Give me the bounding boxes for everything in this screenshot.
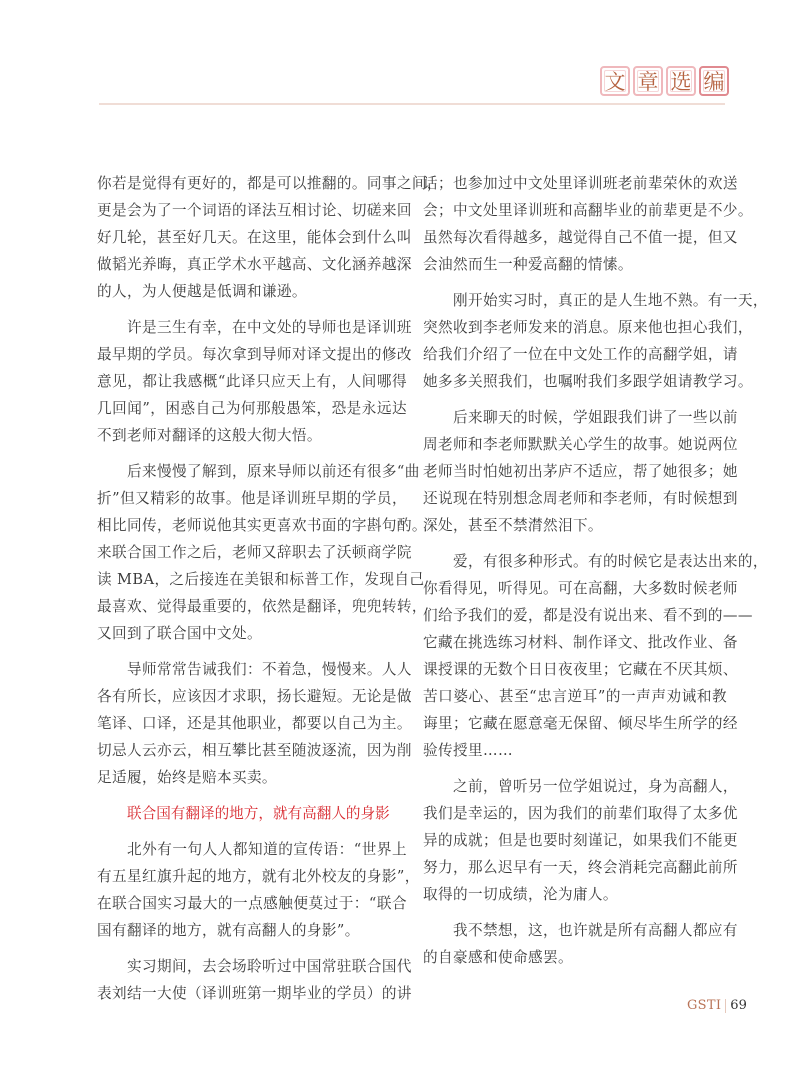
text-line: 刚开始实习时，真正的是人生地不熟。有一天， xyxy=(423,287,727,314)
header-divider xyxy=(99,103,725,105)
paragraph: 导师常常告诫我们：不着急，慢慢来。人人各有所长，应该因才求职，扬长避短。无论是做… xyxy=(97,656,407,791)
text-line: 折”但又精彩的故事。他是译训班早期的学员， xyxy=(97,485,407,512)
text-line: 切忌人云亦云，相互攀比甚至随波逐流，因为削 xyxy=(97,737,407,764)
text-line: 来联合国工作之后，老师又辞职去了沃顿商学院 xyxy=(97,539,407,566)
text-line: 课授课的无数个日日夜夜里；它藏在不厌其烦、 xyxy=(423,656,727,683)
text-line: 深处，甚至不禁潸然泪下。 xyxy=(423,512,727,539)
text-line: 实习期间，去会场聆听过中国常驻联合国代 xyxy=(97,953,407,980)
paragraph: 我不禁想，这，也许就是所有高翻人都应有的自豪感和使命感罢。 xyxy=(423,917,727,971)
right-column: 话；也参加过中文处里译训班老前辈荣休的欢送会；中文处里译训班和高翻毕业的前辈更是… xyxy=(423,170,727,980)
paragraph: 刚开始实习时，真正的是人生地不熟。有一天，突然收到李老师发来的消息。原来他也担心… xyxy=(423,287,727,395)
text-line: 表刘结一大使（译训班第一期毕业的学员）的讲 xyxy=(97,980,407,1007)
section-subheading: 联合国有翻译的地方，就有高翻人的身影 xyxy=(97,800,407,827)
paragraph: 之前，曾听另一位学姐说过，身为高翻人，我们是幸运的，因为我们的前辈们取得了太多优… xyxy=(423,773,727,908)
text-line: 笔译、口译，还是其他职业，都要以自己为主。 xyxy=(97,710,407,737)
text-line: 许是三生有幸，在中文处的导师也是译训班 xyxy=(97,314,407,341)
page-number: 69 xyxy=(730,998,747,1013)
text-line: 不到老师对翻译的这般大彻大悟。 xyxy=(97,422,407,449)
text-line: 你若是觉得有更好的，都是可以推翻的。同事之间， xyxy=(97,170,407,197)
text-line: 它藏在挑选练习材料、制作译文、批改作业、备 xyxy=(423,629,727,656)
text-line: 我不禁想，这，也许就是所有高翻人都应有 xyxy=(423,917,727,944)
page-footer: GSTI 69 xyxy=(687,998,747,1013)
text-line: 老师当时怕她初出茅庐不适应，帮了她很多；她 xyxy=(423,458,727,485)
text-line: 虽然每次看得越多，越觉得自己不值一提，但又 xyxy=(423,224,727,251)
text-line: 后来聊天的时候，学姐跟我们讲了一些以前 xyxy=(423,404,727,431)
text-line: 几回闻”，困惑自己为何那般愚笨，恐是永远达 xyxy=(97,395,407,422)
section-header: 文 章 选 编 xyxy=(600,66,729,96)
left-column: 你若是觉得有更好的，都是可以推翻的。同事之间，更是会为了一个词语的译法互相讨论、… xyxy=(97,170,407,1016)
text-line: 有五星红旗升起的地方，就有北外校友的身影”， xyxy=(97,863,407,890)
text-line: 还说现在特别想念周老师和李老师，有时候想到 xyxy=(423,485,727,512)
text-line: 更是会为了一个词语的译法互相讨论、切磋来回 xyxy=(97,197,407,224)
paragraph: 话；也参加过中文处里译训班老前辈荣休的欢送会；中文处里译训班和高翻毕业的前辈更是… xyxy=(423,170,727,278)
text-line: 好几轮，甚至好几天。在这里，能体会到什么叫 xyxy=(97,224,407,251)
section-char: 文 xyxy=(600,66,630,96)
paragraph: 北外有一句人人都知道的宣传语：“世界上有五星红旗升起的地方，就有北外校友的身影”… xyxy=(97,836,407,944)
text-line: 们给予我们的爱，都是没有说出来、看不到的—— xyxy=(423,602,727,629)
text-line: 会油然而生一种爱高翻的情愫。 xyxy=(423,251,727,278)
text-line: 足适履，始终是赔本买卖。 xyxy=(97,764,407,791)
text-line: 国有翻译的地方，就有高翻人的身影”。 xyxy=(97,917,407,944)
text-line: 导师常常告诫我们：不着急，慢慢来。人人 xyxy=(97,656,407,683)
text-line: 又回到了联合国中文处。 xyxy=(97,620,407,647)
text-line: 周老师和李老师默默关心学生的故事。她说两位 xyxy=(423,431,727,458)
text-line: 后来慢慢了解到，原来导师以前还有很多“曲 xyxy=(97,458,407,485)
paragraph: 你若是觉得有更好的，都是可以推翻的。同事之间，更是会为了一个词语的译法互相讨论、… xyxy=(97,170,407,305)
text-line: 的人，为人便越是低调和谦逊。 xyxy=(97,278,407,305)
text-line: 北外有一句人人都知道的宣传语：“世界上 xyxy=(97,836,407,863)
paragraph: 后来慢慢了解到，原来导师以前还有很多“曲折”但又精彩的故事。他是译训班早期的学员… xyxy=(97,458,407,647)
text-line: 各有所长，应该因才求职，扬长避短。无论是做 xyxy=(97,683,407,710)
text-line: 她多多关照我们，也嘱咐我们多跟学姐请教学习。 xyxy=(423,368,727,395)
text-line: 最早期的学员。每次拿到导师对译文提出的修改 xyxy=(97,341,407,368)
text-line: 验传授里…… xyxy=(423,737,727,764)
text-line: 突然收到李老师发来的消息。原来他也担心我们， xyxy=(423,314,727,341)
text-line: 苦口婆心、甚至“忠言逆耳”的一声声劝诫和教 xyxy=(423,683,727,710)
text-line: 我们是幸运的，因为我们的前辈们取得了太多优 xyxy=(423,800,727,827)
text-line: 相比同传，老师说他其实更喜欢书面的字斟句酌。 xyxy=(97,512,407,539)
text-line: 取得的一切成绩，沦为庸人。 xyxy=(423,881,727,908)
text-line: 诲里；它藏在愿意毫无保留、倾尽毕生所学的经 xyxy=(423,710,727,737)
text-line: 在联合国实习最大的一点感触便莫过于：“联合 xyxy=(97,890,407,917)
paragraph: 实习期间，去会场聆听过中国常驻联合国代表刘结一大使（译训班第一期毕业的学员）的讲 xyxy=(97,953,407,1007)
section-char: 选 xyxy=(666,66,696,96)
text-line: 之前，曾听另一位学姐说过，身为高翻人， xyxy=(423,773,727,800)
text-line: 最喜欢、觉得最重要的，依然是翻译，兜兜转转， xyxy=(97,593,407,620)
paragraph: 后来聊天的时候，学姐跟我们讲了一些以前周老师和李老师默默关心学生的故事。她说两位… xyxy=(423,404,727,539)
paragraph: 许是三生有幸，在中文处的导师也是译训班最早期的学员。每次拿到导师对译文提出的修改… xyxy=(97,314,407,449)
text-line: 的自豪感和使命感罢。 xyxy=(423,944,727,971)
footer-separator xyxy=(725,999,726,1013)
text-line: 会；中文处里译训班和高翻毕业的前辈更是不少。 xyxy=(423,197,727,224)
text-line: 读 MBA，之后接连在美银和标普工作，发现自己 xyxy=(97,566,407,593)
text-line: 爱，有很多种形式。有的时候它是表达出来的， xyxy=(423,548,727,575)
text-line: 做韬光养晦，真正学术水平越高、文化涵养越深 xyxy=(97,251,407,278)
paragraph: 爱，有很多种形式。有的时候它是表达出来的，你看得见，听得见。可在高翻，大多数时候… xyxy=(423,548,727,764)
footer-brand: GSTI xyxy=(687,998,721,1013)
text-line: 异的成就；但是也要时刻谨记，如果我们不能更 xyxy=(423,827,727,854)
text-line: 给我们介绍了一位在中文处工作的高翻学姐，请 xyxy=(423,341,727,368)
text-line: 努力，那么迟早有一天，终会消耗完高翻此前所 xyxy=(423,854,727,881)
text-line: 意见，都让我感概“此译只应天上有，人间哪得 xyxy=(97,368,407,395)
section-char: 编 xyxy=(699,66,729,96)
text-line: 话；也参加过中文处里译训班老前辈荣休的欢送 xyxy=(423,170,727,197)
text-line: 你看得见，听得见。可在高翻，大多数时候老师 xyxy=(423,575,727,602)
section-char: 章 xyxy=(633,66,663,96)
